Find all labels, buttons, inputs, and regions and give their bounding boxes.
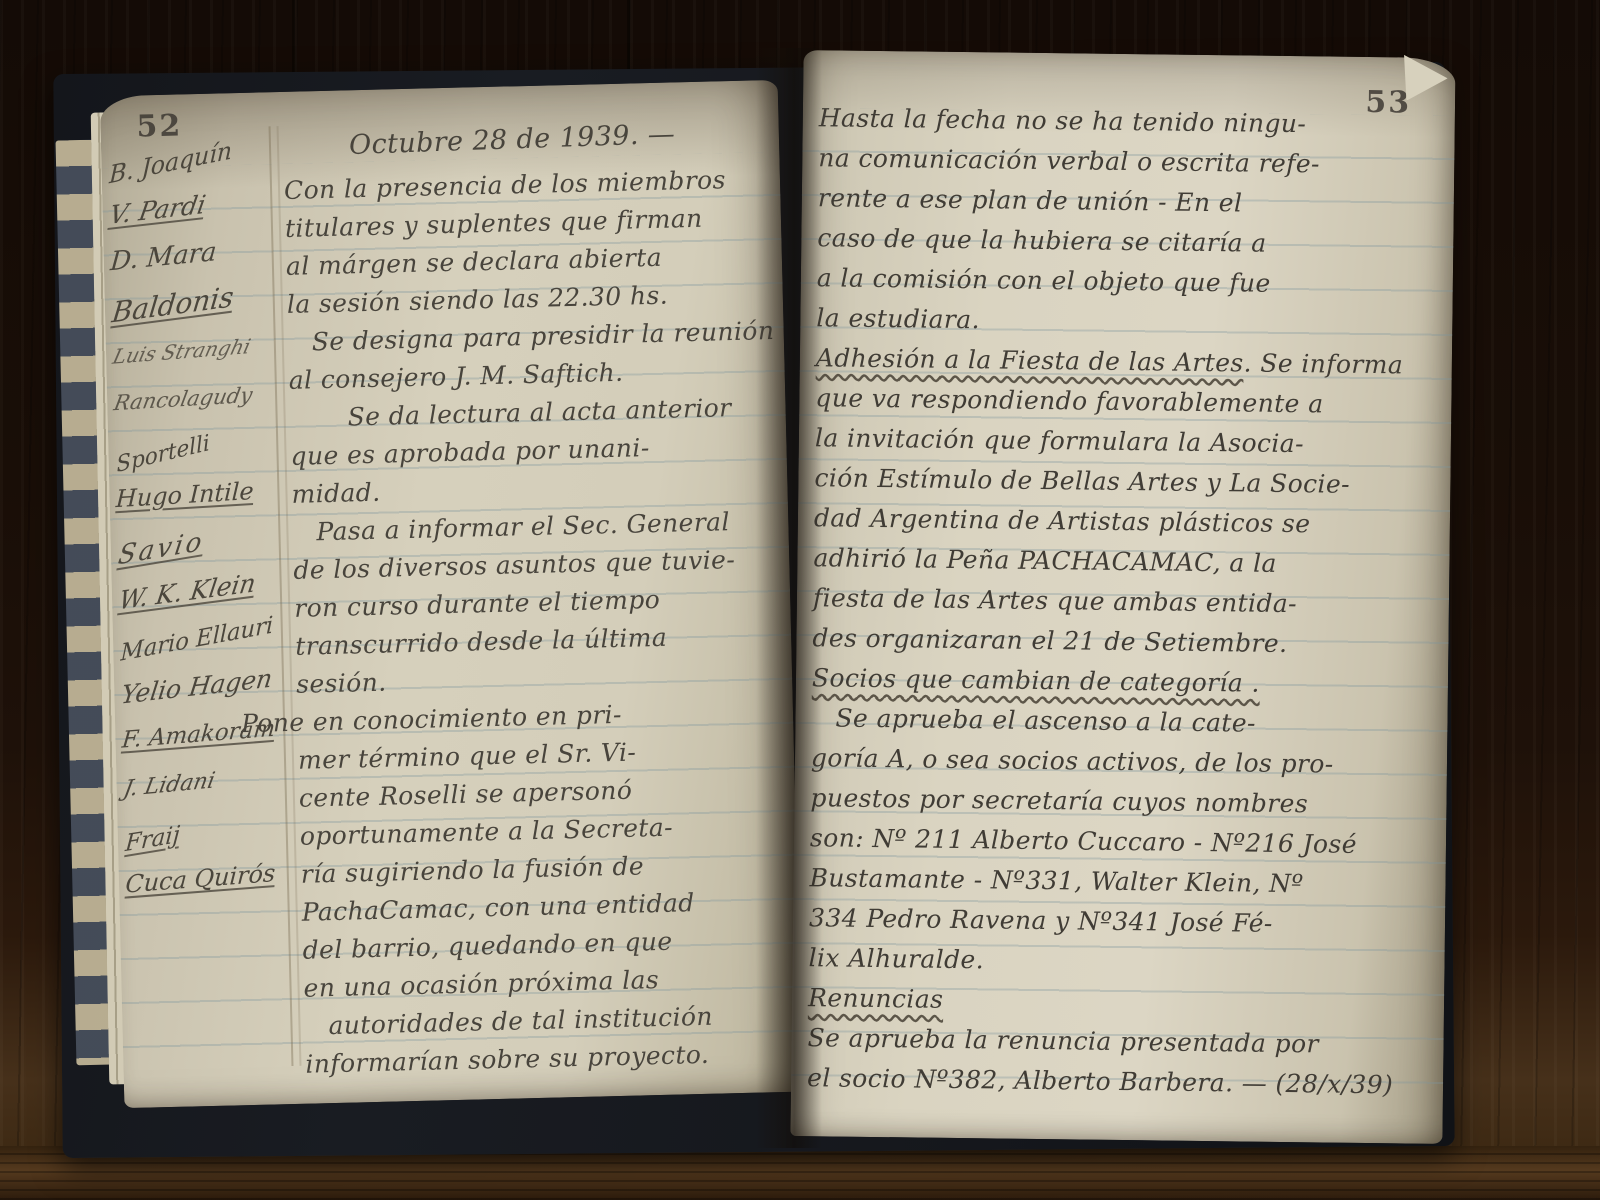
section-heading-renuncias: Renuncias [808, 978, 938, 1020]
heading-underlined: Adhesión a la Fiesta de las Artes [816, 343, 1244, 377]
left-page: 52 Octubre 28 de 1939. — B. Joaquín V. P… [100, 80, 803, 1108]
right-page: 53 Hasta la fecha no se ha tenido ningu-… [790, 50, 1455, 1144]
photo-of-open-minute-book: { "colors": { "wood_dark": "#190e07", "w… [0, 0, 1600, 1200]
margin-signatures: B. Joaquín V. Pardi D. Mara Baldonis Lui… [107, 136, 298, 908]
left-page-text: Con la presencia de los miembros titular… [284, 160, 806, 1084]
heading-rest: . Se informa [1243, 348, 1403, 379]
handwriting-line: el socio Nº382, Alberto Barbera. — (28/x… [807, 1058, 1419, 1105]
date-line: Octubre 28 de 1939. — [348, 119, 675, 161]
right-page-text: Hasta la fecha no se ha tenido ningu- na… [807, 98, 1431, 1105]
